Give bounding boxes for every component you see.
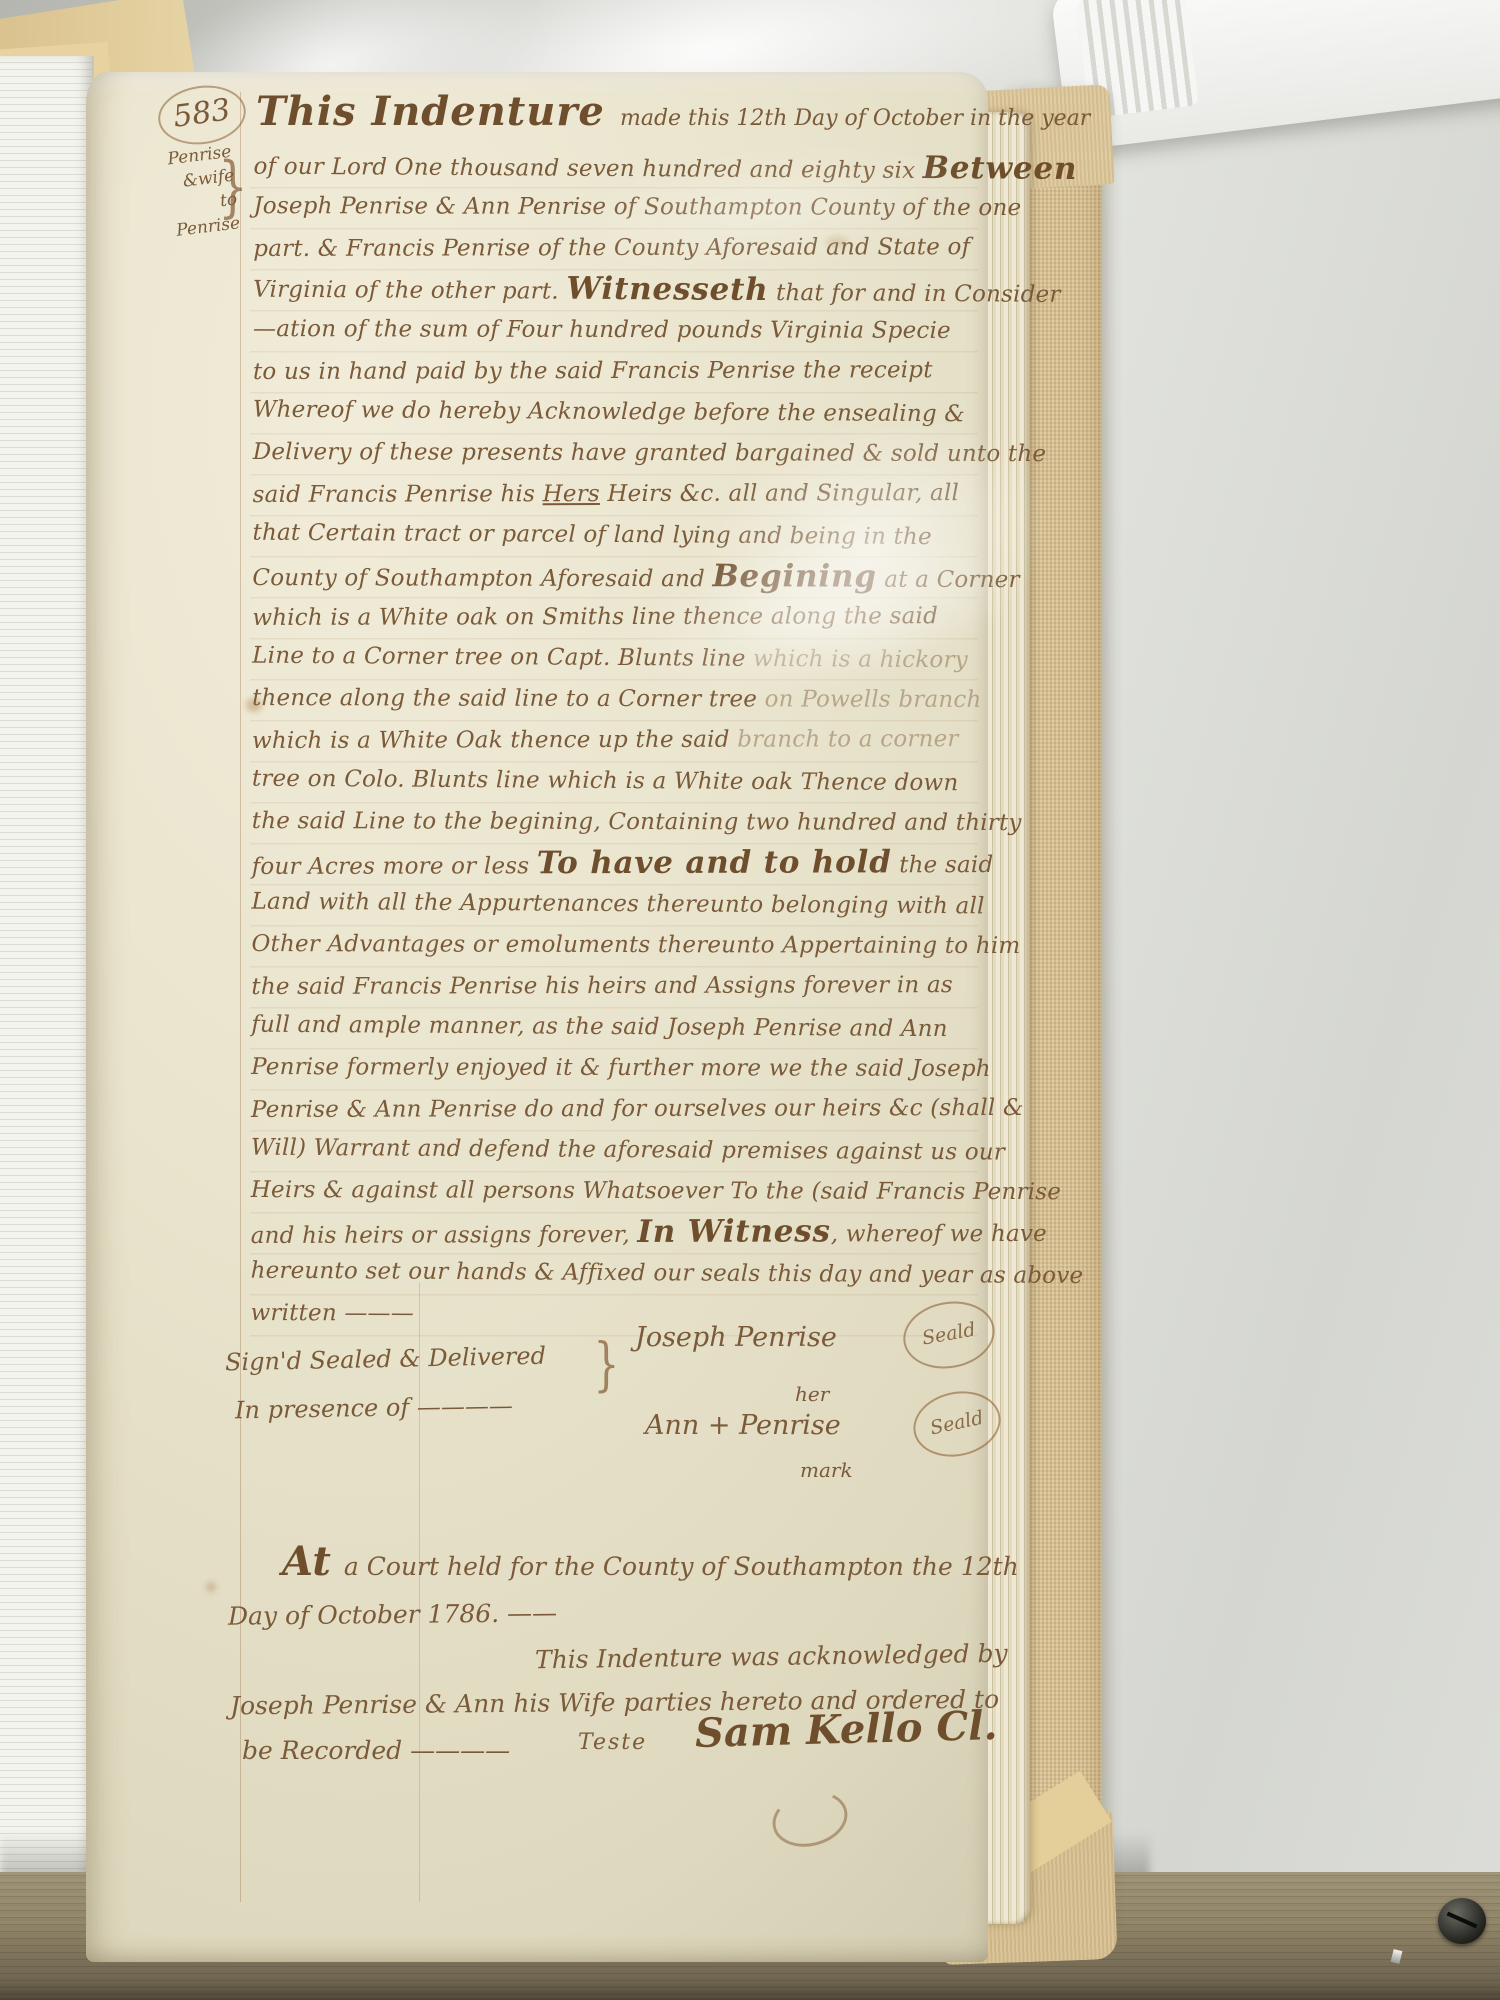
opening-phrase: This Indenture	[256, 88, 605, 135]
manuscript-line: to us in hand paid by the said Francis P…	[253, 350, 983, 393]
manuscript-line: Will) Warrant and defend the aforesaid p…	[251, 1128, 981, 1174]
manuscript-text: Penrise & Ann Penrise do and for ourselv…	[251, 1095, 1024, 1123]
manuscript-lines: of our Lord One thousand seven hundred a…	[250, 145, 983, 1336]
manuscript-text: written ———	[250, 1300, 414, 1326]
manuscript-text: To have and to hold	[537, 844, 892, 881]
manuscript-text: four Acres more or less	[252, 853, 537, 880]
signature-ann-penrise: Ann + Penrise	[645, 1410, 841, 1441]
teste-label: Teste	[578, 1730, 647, 1755]
margin-brace: }	[218, 148, 247, 225]
manuscript-line: and his heirs or assigns forever, In Wit…	[251, 1211, 981, 1254]
manuscript-text: that for and in Consider	[768, 280, 1060, 308]
manuscript-text: Heirs & against all persons Whatsoever T…	[251, 1177, 1061, 1205]
court-line1-rest: a Court held for the County of Southampt…	[344, 1552, 1019, 1581]
deed-book-photo: 583 Penrise &wife to Penrise } This Inde…	[0, 0, 1500, 2000]
manuscript-line: Land with all the Appurtenances thereunt…	[251, 882, 981, 928]
manuscript-text: branch to a corner	[737, 726, 958, 753]
opening-rest: made this 12th Day of October in the yea…	[620, 106, 1090, 131]
manuscript-text: to us in hand paid by the said Francis P…	[253, 357, 933, 385]
manuscript-line: Other Advantages or emoluments thereunto…	[251, 924, 981, 967]
table-screw	[1438, 1898, 1486, 1944]
manuscript-text: Virginia of the other part.	[253, 277, 566, 305]
manuscript-text: full and ample manner, as the said Josep…	[251, 1012, 948, 1042]
manuscript-line: thence along the said line to a Corner t…	[252, 678, 982, 721]
manuscript-text: Land with all the Appurtenances thereunt…	[251, 889, 984, 920]
manuscript-text: the said Francis Penrise his heirs and A…	[251, 972, 953, 1000]
manuscript-text: Other Advantages or emoluments thereunto…	[251, 931, 1020, 959]
manuscript-text: the said	[892, 852, 994, 878]
manuscript-line: Penrise formerly enjoyed it & further mo…	[251, 1047, 981, 1090]
manuscript-text: , whereof we have	[831, 1221, 1047, 1248]
manuscript-text: In Witness	[637, 1213, 830, 1250]
clerk-signature: Sam Kello Cl.	[694, 1702, 997, 1757]
manuscript-line: which is a White Oak thence up the said …	[252, 719, 982, 762]
manuscript-line: Heirs & against all persons Whatsoever T…	[251, 1170, 981, 1213]
manuscript-line: full and ample manner, as the said Josep…	[251, 1005, 981, 1051]
manuscript-text: Will) Warrant and defend the aforesaid p…	[251, 1135, 1005, 1166]
manuscript-text: Penrise formerly enjoyed it & further mo…	[251, 1054, 991, 1082]
manuscript-text: hereunto set our hands & Affixed our sea…	[251, 1258, 1084, 1289]
manuscript-text: which is a White Oak thence up the said	[252, 727, 737, 754]
manuscript-text: the said Line to the begining, Containin…	[252, 808, 1022, 836]
manuscript-line: the said Francis Penrise his heirs and A…	[251, 965, 981, 1008]
court-at-word: At	[282, 1538, 331, 1585]
signature-joseph-penrise: Joseph Penrise	[635, 1322, 837, 1353]
manuscript-line: four Acres more or less To have and to h…	[252, 842, 982, 885]
manuscript-text: said Francis Penrise his	[253, 481, 543, 508]
manuscript-line: hereunto set our hands & Affixed our sea…	[250, 1251, 980, 1297]
court-record-line-2: Day of October 1786. ——	[228, 1598, 557, 1630]
manuscript-text: Hers	[543, 481, 600, 507]
witness-brace: }	[594, 1330, 620, 1398]
court-record-line-1: At a Court held for the County of Southa…	[282, 1538, 1019, 1585]
ink-stain	[206, 1582, 216, 1592]
witness-line-2: In presence of ————	[235, 1392, 513, 1425]
manuscript-line: —ation of the sum of Four hundred pounds…	[253, 309, 983, 352]
page-crease	[419, 1282, 420, 1902]
manuscript-text: and his heirs or assigns forever,	[251, 1222, 638, 1249]
indenture-opening-line: This Indenture made this 12th Day of Oct…	[256, 88, 1090, 135]
manuscript-text: tree on Colo. Blunts line which is a Whi…	[252, 766, 959, 797]
manuscript-line: tree on Colo. Blunts line which is a Whi…	[252, 759, 982, 805]
manuscript-text: —ation of the sum of Four hundred pounds…	[253, 316, 951, 344]
mark-label: mark	[800, 1458, 853, 1482]
left-page-stack	[0, 56, 94, 1960]
her-label: her	[795, 1382, 829, 1406]
court-record-line-5: be Recorded ————	[242, 1736, 510, 1765]
manuscript-line: Penrise & Ann Penrise do and for ourselv…	[251, 1088, 981, 1131]
manuscript-line: the said Line to the begining, Containin…	[252, 801, 982, 844]
